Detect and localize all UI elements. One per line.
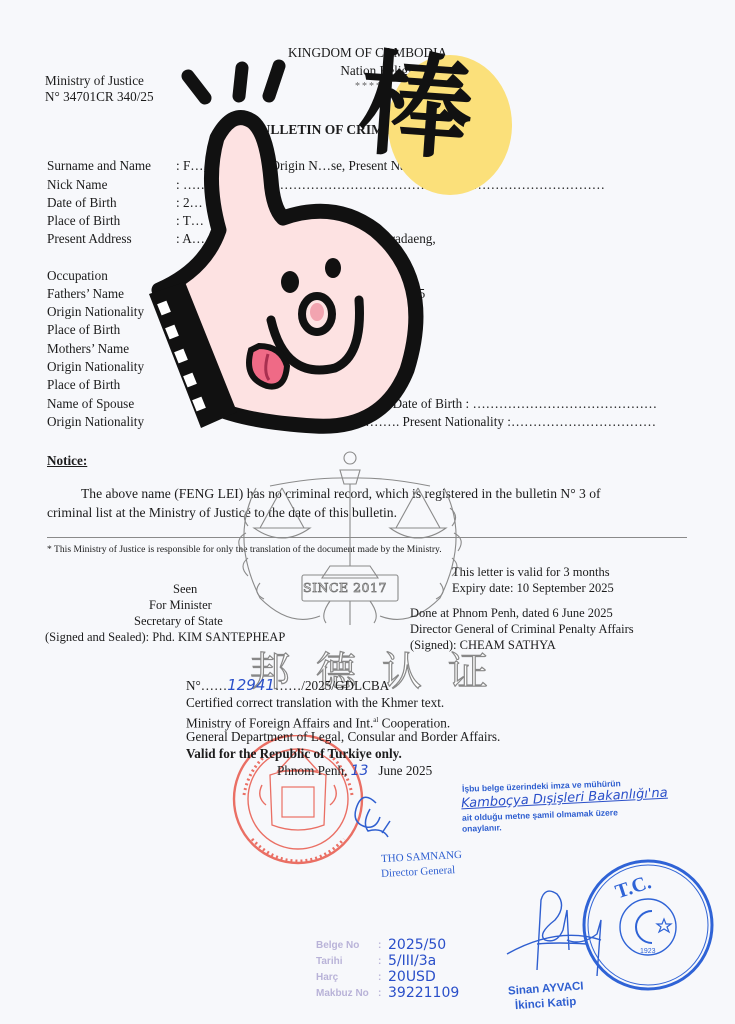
fee-row-label: Tarihi <box>316 956 342 967</box>
left-signatory-role: Secretary of State <box>134 613 223 629</box>
svg-text:1923: 1923 <box>640 948 656 955</box>
turkish-consulate-seal-icon: T.C. 1923 <box>578 855 718 995</box>
right-signatory-signed: (Signed): CHEAM SATHYA <box>410 637 556 653</box>
seen-label: Seen <box>173 581 197 597</box>
field-label: Origin Nationality <box>47 303 144 321</box>
field-label: Origin Nationality <box>47 413 144 431</box>
field-label: Present Address <box>47 230 132 248</box>
certification-date: Phnom Penh, 13 June 2025 <box>277 762 432 780</box>
field-label: Name of Spouse <box>47 395 134 413</box>
field-label: Place of Birth <box>47 321 120 339</box>
field-label: Fathers’ Name <box>47 285 124 303</box>
turkish-stamp-line-4: onaylanır. <box>462 822 502 833</box>
field-label: Mothers’ Name <box>47 340 129 358</box>
fee-row-colon: : <box>378 988 381 999</box>
right-signatory-role: Director General of Criminal Penalty Aff… <box>410 621 634 637</box>
cert-number-suffix: ……/2025/GDLCBA <box>275 678 389 693</box>
field-label: Nick Name <box>47 176 107 194</box>
since-badge: SINCE 2017 <box>303 580 387 595</box>
field-label: Surname and Name <box>47 157 151 175</box>
fee-row-value: 39221109 <box>388 985 459 1001</box>
for-minister-label: For Minister <box>149 597 212 613</box>
validity-expiry: Expiry date: 10 September 2025 <box>452 580 614 596</box>
cert-number-handwritten: 12941 <box>227 676 275 694</box>
fee-row-colon: : <box>378 956 381 967</box>
certification-number: N°……12941……/2025/GDLCBA <box>186 676 389 695</box>
fee-row-value: 20USD <box>388 969 436 985</box>
validity-line-1: This letter is valid for 3 months <box>452 564 610 580</box>
sticker-character: 棒 <box>356 48 476 168</box>
field-label: Place of Birth <box>47 376 120 394</box>
consul-signer-title: İkinci Katip <box>515 996 577 1012</box>
fee-row-colon: : <box>378 972 381 983</box>
done-at-line: Done at Phnom Penh, dated 6 June 2025 <box>410 605 613 621</box>
fee-row-label: Makbuz No <box>316 988 369 999</box>
cert-number-prefix: N°…… <box>186 678 227 693</box>
fee-row-value: 2025/50 <box>388 937 446 953</box>
certification-line-1: Certified correct translation with the K… <box>186 694 444 712</box>
reference-number: N° 34701CR 340/25 <box>45 88 154 106</box>
field-label: Place of Birth <box>47 212 120 230</box>
tho-samnang-title: Director General <box>381 864 456 880</box>
cert-month-year: June 2025 <box>378 763 432 778</box>
cert-place: Phnom Penh, <box>277 763 347 778</box>
fee-row-label: Harç <box>316 972 338 983</box>
field-label: Date of Birth <box>47 194 117 212</box>
field-label: Origin Nationality <box>47 358 144 376</box>
fee-row-label: Belge No <box>316 940 359 951</box>
cert-day-handwritten: 13 <box>351 763 369 779</box>
field-label: Occupation <box>47 267 108 285</box>
left-signatory-signed: (Signed and Sealed): Phd. KIM SANTEPHEAP <box>45 629 285 645</box>
fee-row-colon: : <box>378 940 381 951</box>
certification-line-3: General Department of Legal, Consular an… <box>186 728 500 746</box>
valid-for-turkiye: Valid for the Republic of Turkiye only. <box>186 745 402 763</box>
fee-row-value: 5/III/3a <box>388 953 436 969</box>
notice-heading: Notice: <box>47 452 87 470</box>
